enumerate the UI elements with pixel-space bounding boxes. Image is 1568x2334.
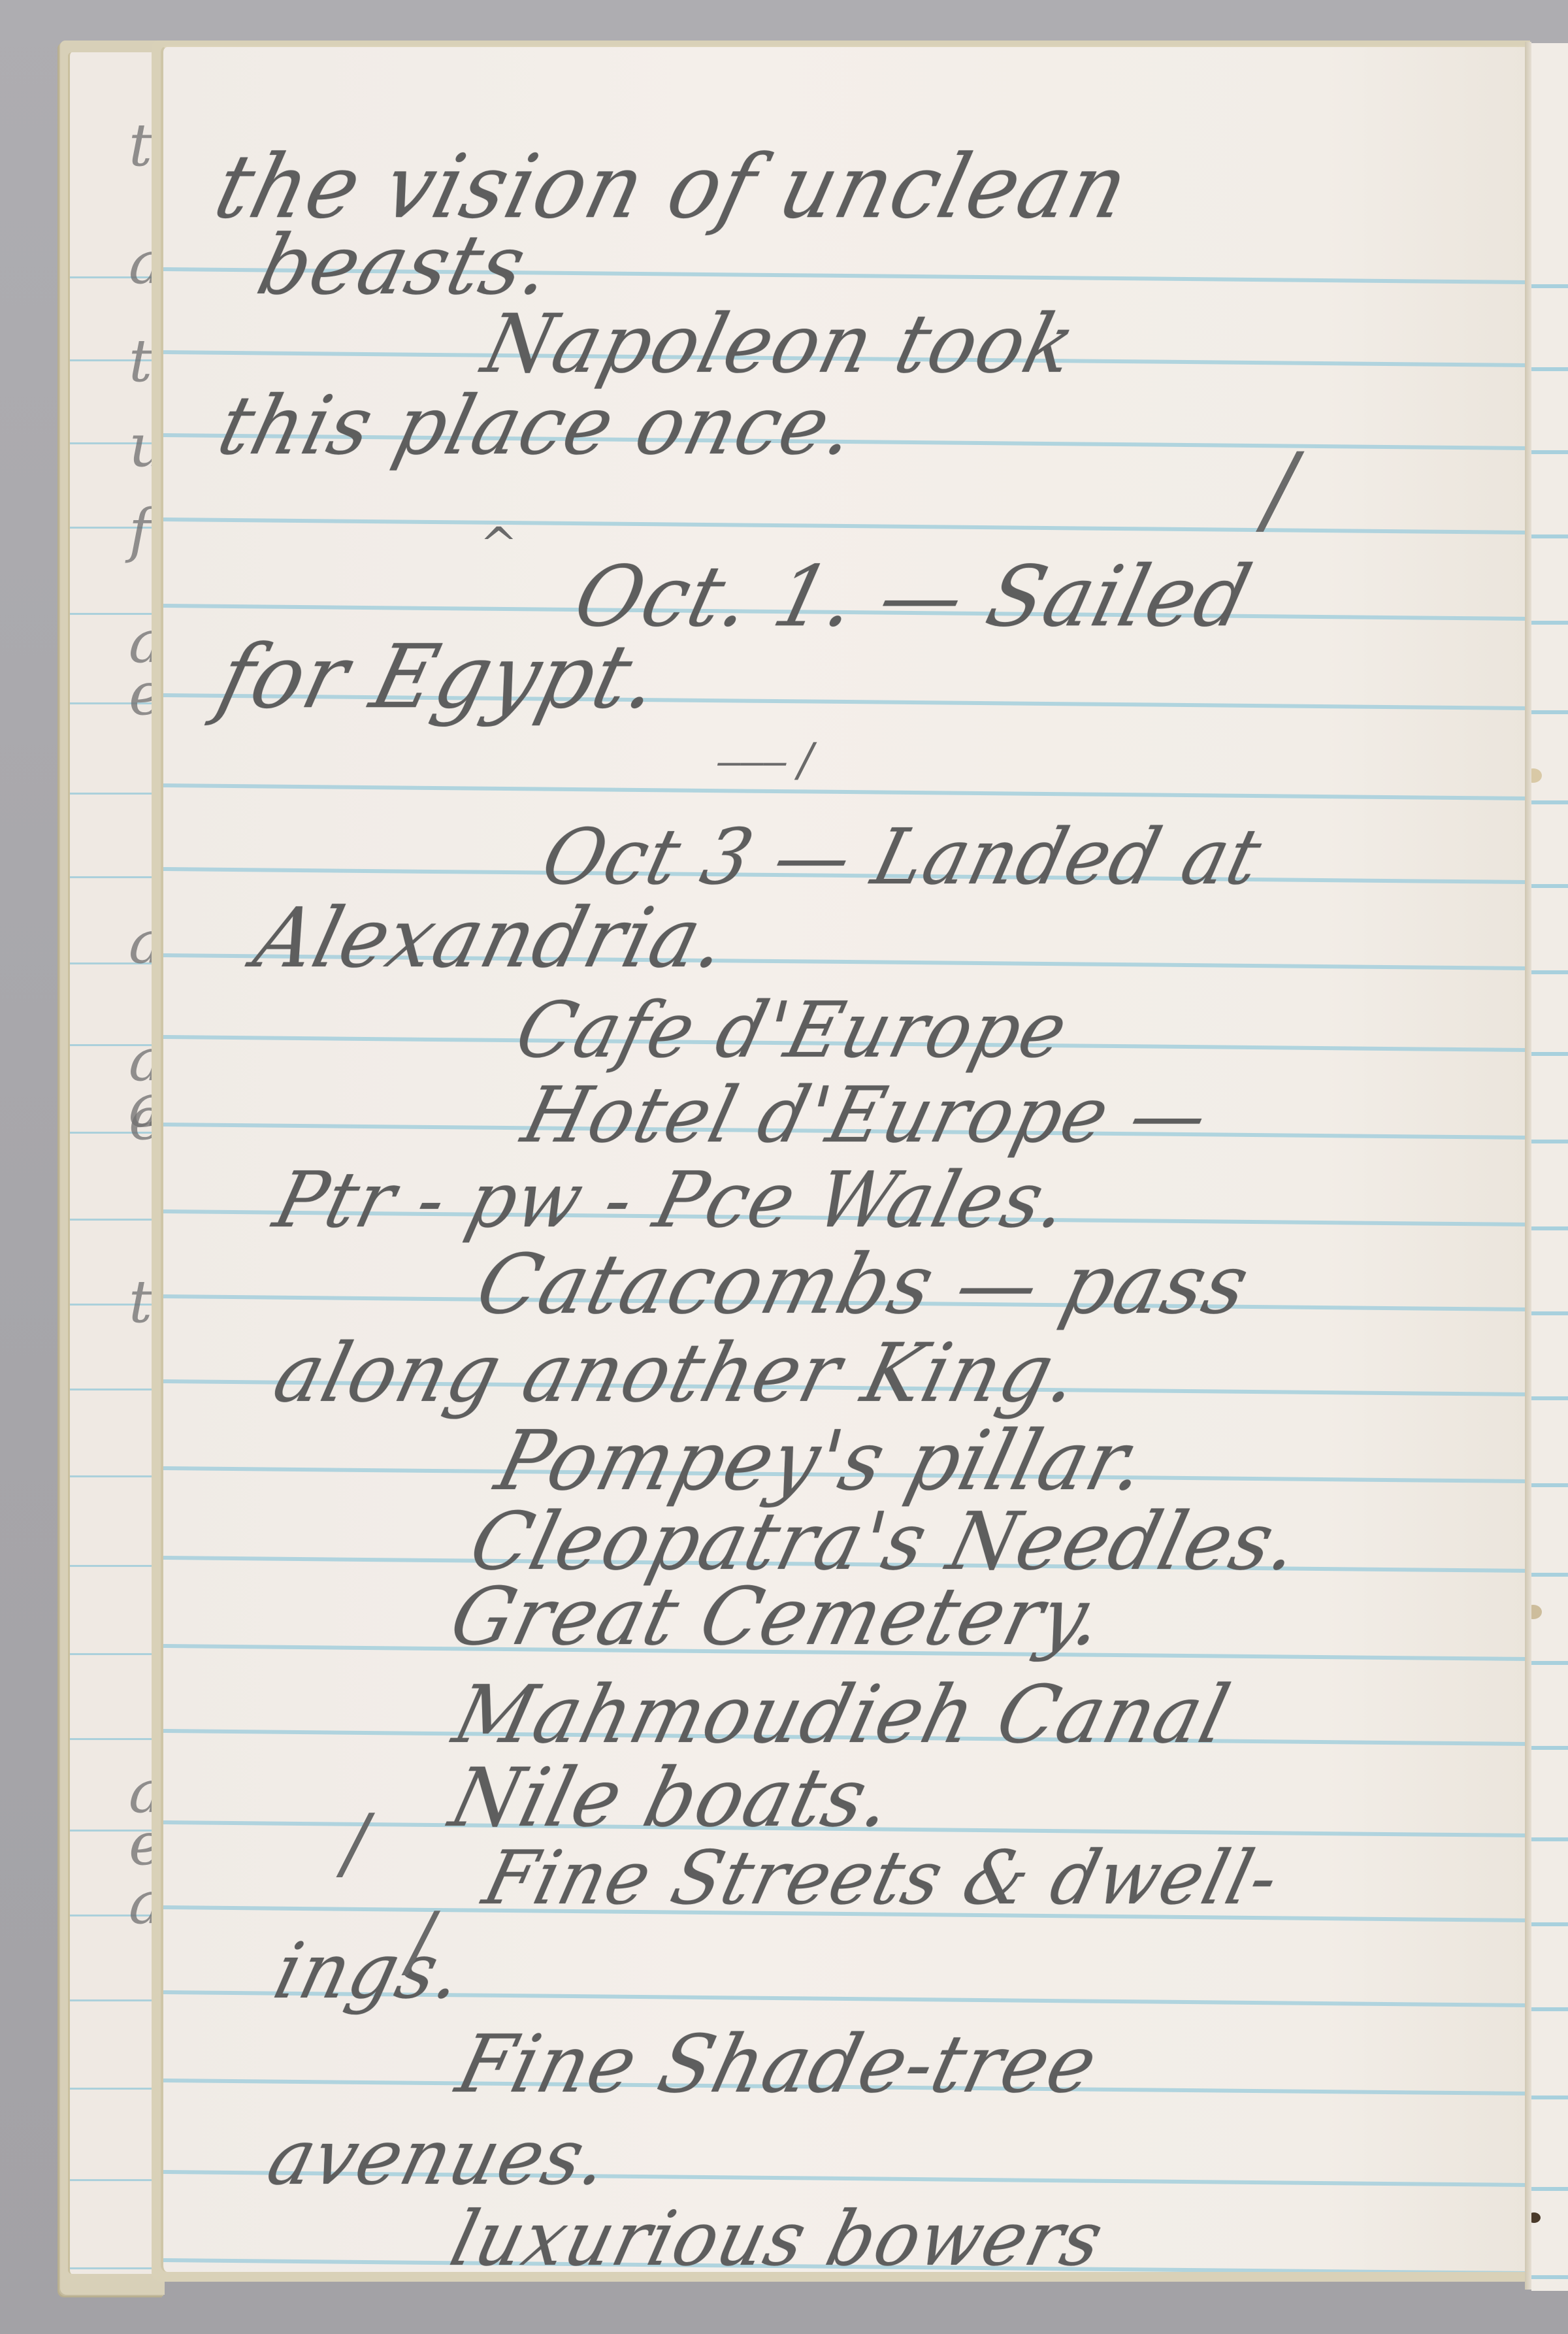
handwritten-line: this place once.: [210, 378, 866, 473]
ruled-line: [163, 518, 1527, 534]
ruled-line: [1531, 367, 1568, 371]
handwritten-line: Alexandria.: [246, 891, 738, 987]
handwritten-line: ings.: [266, 1927, 473, 2016]
pencil-mark: /: [408, 1896, 434, 1987]
pencil-mark: /: [342, 1798, 368, 1889]
ruled-line: [1531, 1483, 1568, 1487]
ruled-line: [1531, 2275, 1568, 2279]
binding-hole: [1531, 2212, 1541, 2223]
ruled-line: [1531, 1052, 1568, 1056]
handwritten-line: Napoleon took: [474, 297, 1085, 391]
handwritten-line: Great Cemetery.: [442, 1571, 1114, 1664]
ruled-line: [1531, 284, 1568, 288]
binding-thread-tuft: [1531, 1605, 1542, 1619]
pencil-mark: ^: [480, 518, 518, 571]
left-page-letter-fragment: t: [129, 327, 152, 395]
pencil-mark: ⎯⎯⎯ /: [715, 733, 813, 787]
ruled-line: [1531, 970, 1568, 974]
handwritten-line: Mahmoudieh Canal: [445, 1669, 1239, 1762]
handwritten-line: Catacombs — pass: [468, 1238, 1259, 1333]
right-facing-page: [1531, 43, 1568, 2291]
handwritten-line: Hotel d'Europe —: [514, 1071, 1218, 1160]
handwritten-line: Fine Shade-tree: [448, 2018, 1107, 2111]
left-page-letter-fragment: f: [129, 497, 150, 565]
binding-thread-tuft: [1531, 768, 1542, 783]
handwritten-line: Oct. 1. — Sailed: [565, 548, 1261, 645]
binding-gutter: [1525, 42, 1531, 2290]
handwritten-line: for Egypt.: [208, 626, 670, 728]
ruled-line: [1531, 1746, 1568, 1750]
ruled-line: [163, 783, 1527, 800]
ruled-line: [1531, 621, 1568, 625]
ruled-line: [1531, 1661, 1568, 1665]
ruled-line: [1531, 710, 1568, 714]
ruled-line: [1531, 884, 1568, 888]
handwritten-line: Ptr - pw - Pce Wales.: [266, 1156, 1078, 1245]
handwritten-line: Nile boats.: [442, 1750, 904, 1845]
ruled-line: [1531, 450, 1568, 454]
handwritten-line: Fine Streets & dwell-: [476, 1835, 1288, 1921]
ruled-line: [1531, 800, 1568, 804]
ruled-line: [1531, 1396, 1568, 1400]
ruled-line: [1531, 1140, 1568, 1143]
handwritten-line: Oct 3 — Landed at: [534, 813, 1271, 902]
handwritten-line: Cafe d'Europe: [508, 986, 1077, 1076]
ruled-line: [1531, 1837, 1568, 1841]
ruled-line: [1531, 2007, 1568, 2011]
handwritten-line: luxurious bowers: [442, 2195, 1113, 2272]
ruled-line: [1531, 1573, 1568, 1577]
pencil-mark: /: [1264, 433, 1297, 546]
notebook-page: the vision of uncleanbeasts.Napoleon too…: [161, 46, 1527, 2272]
ruled-line: [1531, 1311, 1568, 1315]
ruled-line: [1531, 2096, 1568, 2099]
ruled-line: [1531, 1226, 1568, 1230]
handwritten-line: avenues.: [259, 2113, 619, 2203]
left-page-letter-fragment: t: [129, 111, 152, 180]
handwritten-line: Pompey's pillar.: [487, 1414, 1156, 1509]
ruled-line: [1531, 1922, 1568, 1926]
left-page-letter-fragment: t: [129, 1268, 152, 1336]
ruled-line: [1531, 2187, 1568, 2191]
ruled-line: [1531, 534, 1568, 538]
handwritten-line: along another King.: [265, 1326, 1090, 1421]
